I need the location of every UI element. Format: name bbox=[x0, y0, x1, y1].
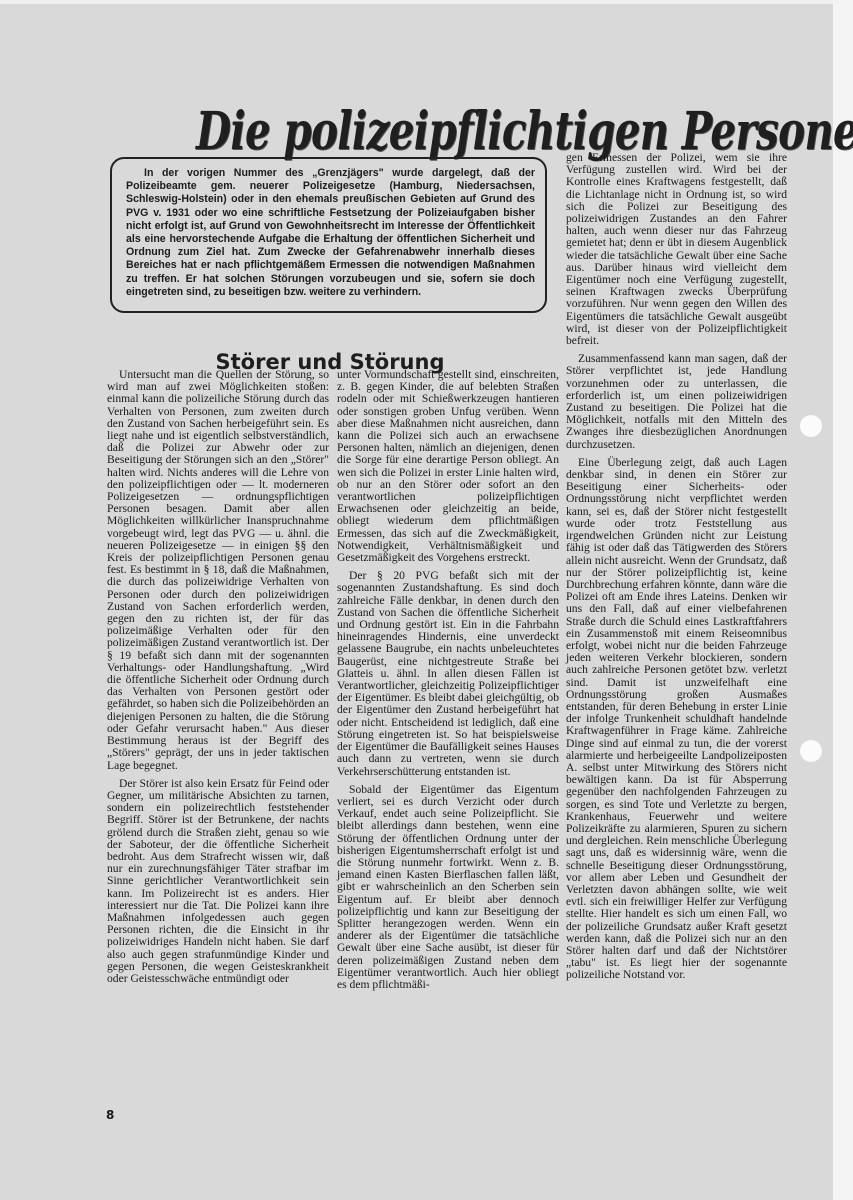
intro-box: In der vorigen Nummer des „Grenzjägers" … bbox=[110, 157, 547, 313]
punch-hole bbox=[800, 740, 822, 762]
paragraph: Der § 20 PVG befaßt sich mit der sogenan… bbox=[337, 570, 559, 777]
paragraph: Sobald der Eigentümer das Eigentum verli… bbox=[337, 784, 559, 991]
paper-top-edge bbox=[0, 0, 853, 4]
intro-text: In der vorigen Nummer des „Grenzjägers" … bbox=[126, 167, 535, 299]
paragraph: Zusammenfassend kann man sagen, daß der … bbox=[566, 353, 787, 451]
punch-hole bbox=[800, 415, 822, 437]
paragraph: Eine Überlegung zeigt, daß auch Lagen de… bbox=[566, 457, 787, 982]
text-column-3: gen Ermessen der Polizei, wem sie ihre V… bbox=[566, 152, 787, 988]
paper-right-edge bbox=[833, 0, 853, 1200]
page-number: 8 bbox=[106, 1108, 114, 1122]
paragraph: Untersucht man die Quellen der Störung, … bbox=[107, 369, 329, 772]
text-column-2: unter Vormundschaft gestellt sind, einsc… bbox=[337, 369, 559, 997]
paragraph: unter Vormundschaft gestellt sind, einsc… bbox=[337, 369, 559, 564]
paragraph: gen Ermessen der Polizei, wem sie ihre V… bbox=[566, 152, 787, 347]
text-column-1: Untersucht man die Quellen der Störung, … bbox=[107, 369, 329, 991]
paragraph: Der Störer ist also kein Ersatz für Fein… bbox=[107, 778, 329, 985]
